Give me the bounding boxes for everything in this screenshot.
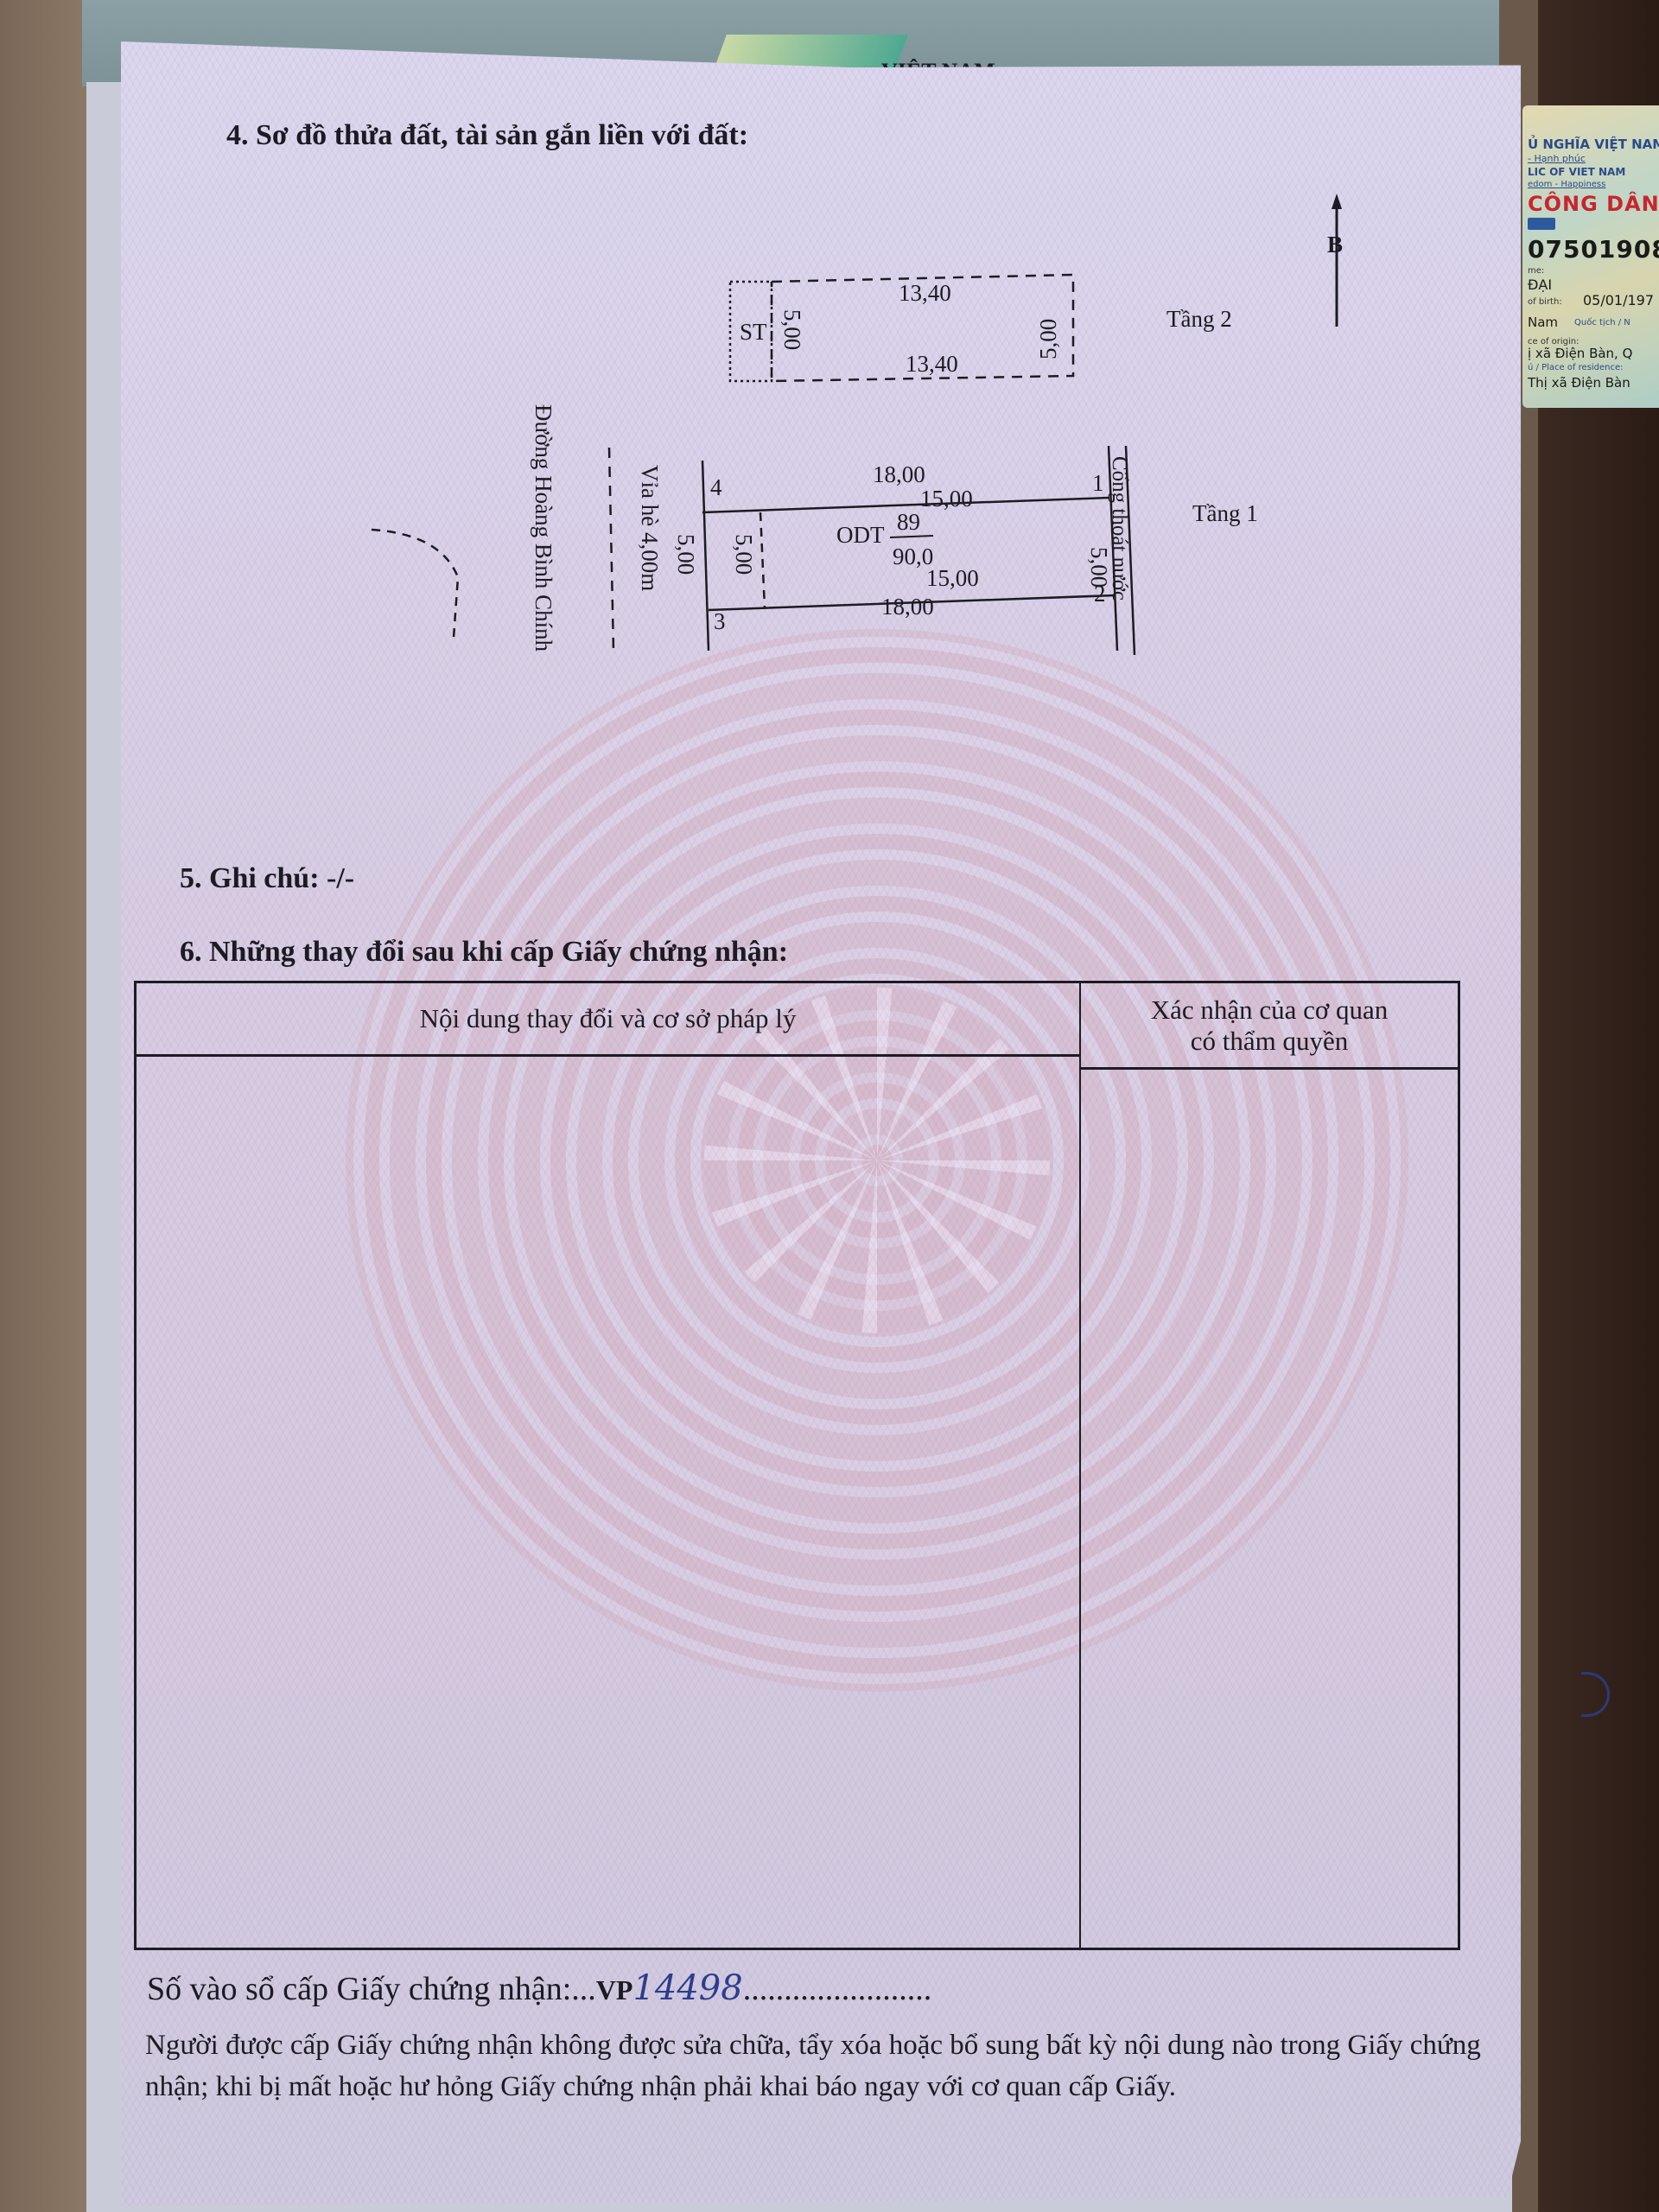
point-3: 3: [714, 608, 726, 634]
certificate-page: 4. Sơ đồ thửa đất, tài sản gắn liền với …: [121, 41, 1521, 2206]
floor2-bottom-length: 13,40: [906, 351, 958, 377]
road-name: Đường Hoàng Bình Chính: [531, 404, 556, 652]
floor2-st-label: ST: [740, 319, 767, 345]
point-1: 1: [1092, 470, 1104, 496]
floor1-left-width: 5,00: [673, 534, 699, 575]
parcel-number: 89: [897, 509, 920, 535]
point-4: 4: [710, 474, 722, 500]
id-header-line3: LIC OF VIET NAM: [1528, 166, 1625, 178]
registry-handwritten-number: 14498: [632, 1968, 742, 2008]
id-number: 075019086: [1528, 235, 1659, 264]
changes-table-header-content: Nội dung thay đổi và cơ sở pháp lý: [137, 983, 1081, 1057]
parcel-area: 90,0: [893, 543, 933, 569]
parcel-front-line: [702, 461, 709, 651]
land-plot-diagram: B ST 13,40 13,40 5,00 5,00 Tầng 2 Đường …: [121, 41, 1521, 819]
floor2-top-length: 13,40: [899, 280, 951, 306]
parcel-fraction-bar: [890, 536, 933, 537]
col2-header-line1: Xác nhận của cơ quan: [1151, 995, 1389, 1026]
col1-header-text: Nội dung thay đổi và cơ sở pháp lý: [420, 1003, 797, 1034]
changes-table-header-confirmation: Xác nhận của cơ quan có thẩm quyền: [1081, 983, 1458, 1070]
id-name-label: me:: [1528, 266, 1544, 276]
registry-dots-before: ...: [571, 1971, 596, 2007]
registry-prefix: VP: [596, 1974, 633, 2005]
floor2-right-width: 5,00: [1035, 319, 1061, 359]
changes-table-content-cell: [137, 1057, 1081, 1948]
id-nationality-label: Quốc tịch / N: [1574, 318, 1630, 327]
registry-dots-after: .......................: [743, 1971, 932, 2007]
chip-icon: [1528, 218, 1555, 230]
id-header-line2: - Hạnh phúc: [1528, 153, 1586, 164]
citizen-id-card: Ủ NGHĨA VIỆT NAM - Hạnh phúc LIC OF VIET…: [1522, 105, 1659, 408]
setback-line: [760, 512, 765, 608]
changes-table-confirmation-cell: [1081, 1070, 1458, 1948]
registry-number-line: Số vào sổ cấp Giấy chứng nhận:...VP14498…: [147, 1968, 931, 2008]
id-dob-label: of birth:: [1528, 297, 1562, 307]
road-curve: [372, 530, 458, 638]
section5-notes: 5. Ghi chú: -/-: [180, 862, 354, 895]
id-header-line4: edom - Happiness: [1528, 180, 1605, 189]
floor1-label: Tầng 1: [1192, 500, 1258, 526]
table-surface-left: [0, 0, 95, 2212]
north-label: B: [1327, 232, 1343, 257]
floor2-label: Tầng 2: [1166, 306, 1232, 332]
id-origin-value: ị xã Điện Bàn, Q: [1528, 346, 1632, 361]
floor1-inner-width: 5,00: [731, 534, 757, 575]
id-residence-value: Thị xã Điện Bàn: [1528, 375, 1630, 391]
floor1-top-inner: 15,00: [920, 486, 973, 512]
floor1-top-outer: 18,00: [873, 461, 925, 487]
changes-table: Nội dung thay đổi và cơ sở pháp lý Xác n…: [134, 981, 1460, 1950]
id-residence-label: ú / Place of residence:: [1528, 363, 1624, 372]
section6-heading: 6. Những thay đổi sau khi cấp Giấy chứng…: [180, 936, 788, 969]
id-dob-value: 05/01/197: [1583, 292, 1654, 308]
id-header-line1: Ủ NGHĨA VIỆT NAM: [1528, 137, 1659, 152]
drain-label: Cống thoát nước: [1108, 456, 1131, 601]
sidewalk-label: Vỉa hè 4,00m: [637, 465, 663, 591]
registry-label: Số vào sổ cấp Giấy chứng nhận:: [147, 1971, 571, 2007]
floor1-bottom-inner: 15,00: [926, 565, 979, 591]
col2-header-line2: có thẩm quyền: [1191, 1026, 1349, 1057]
id-name-value: ĐẠI: [1528, 276, 1552, 293]
id-sex-value: Nam: [1528, 315, 1558, 330]
floor1-bottom-outer: 18,00: [881, 594, 934, 620]
sidewalk-edge: [609, 448, 613, 651]
id-title: CÔNG DÂN: [1528, 192, 1659, 216]
floor2-left-width: 5,00: [779, 309, 805, 350]
north-arrow-icon: B: [1327, 194, 1343, 327]
legal-notice: Người được cấp Giấy chứng nhận không đượ…: [145, 2024, 1521, 2107]
land-code: ODT: [836, 522, 885, 548]
